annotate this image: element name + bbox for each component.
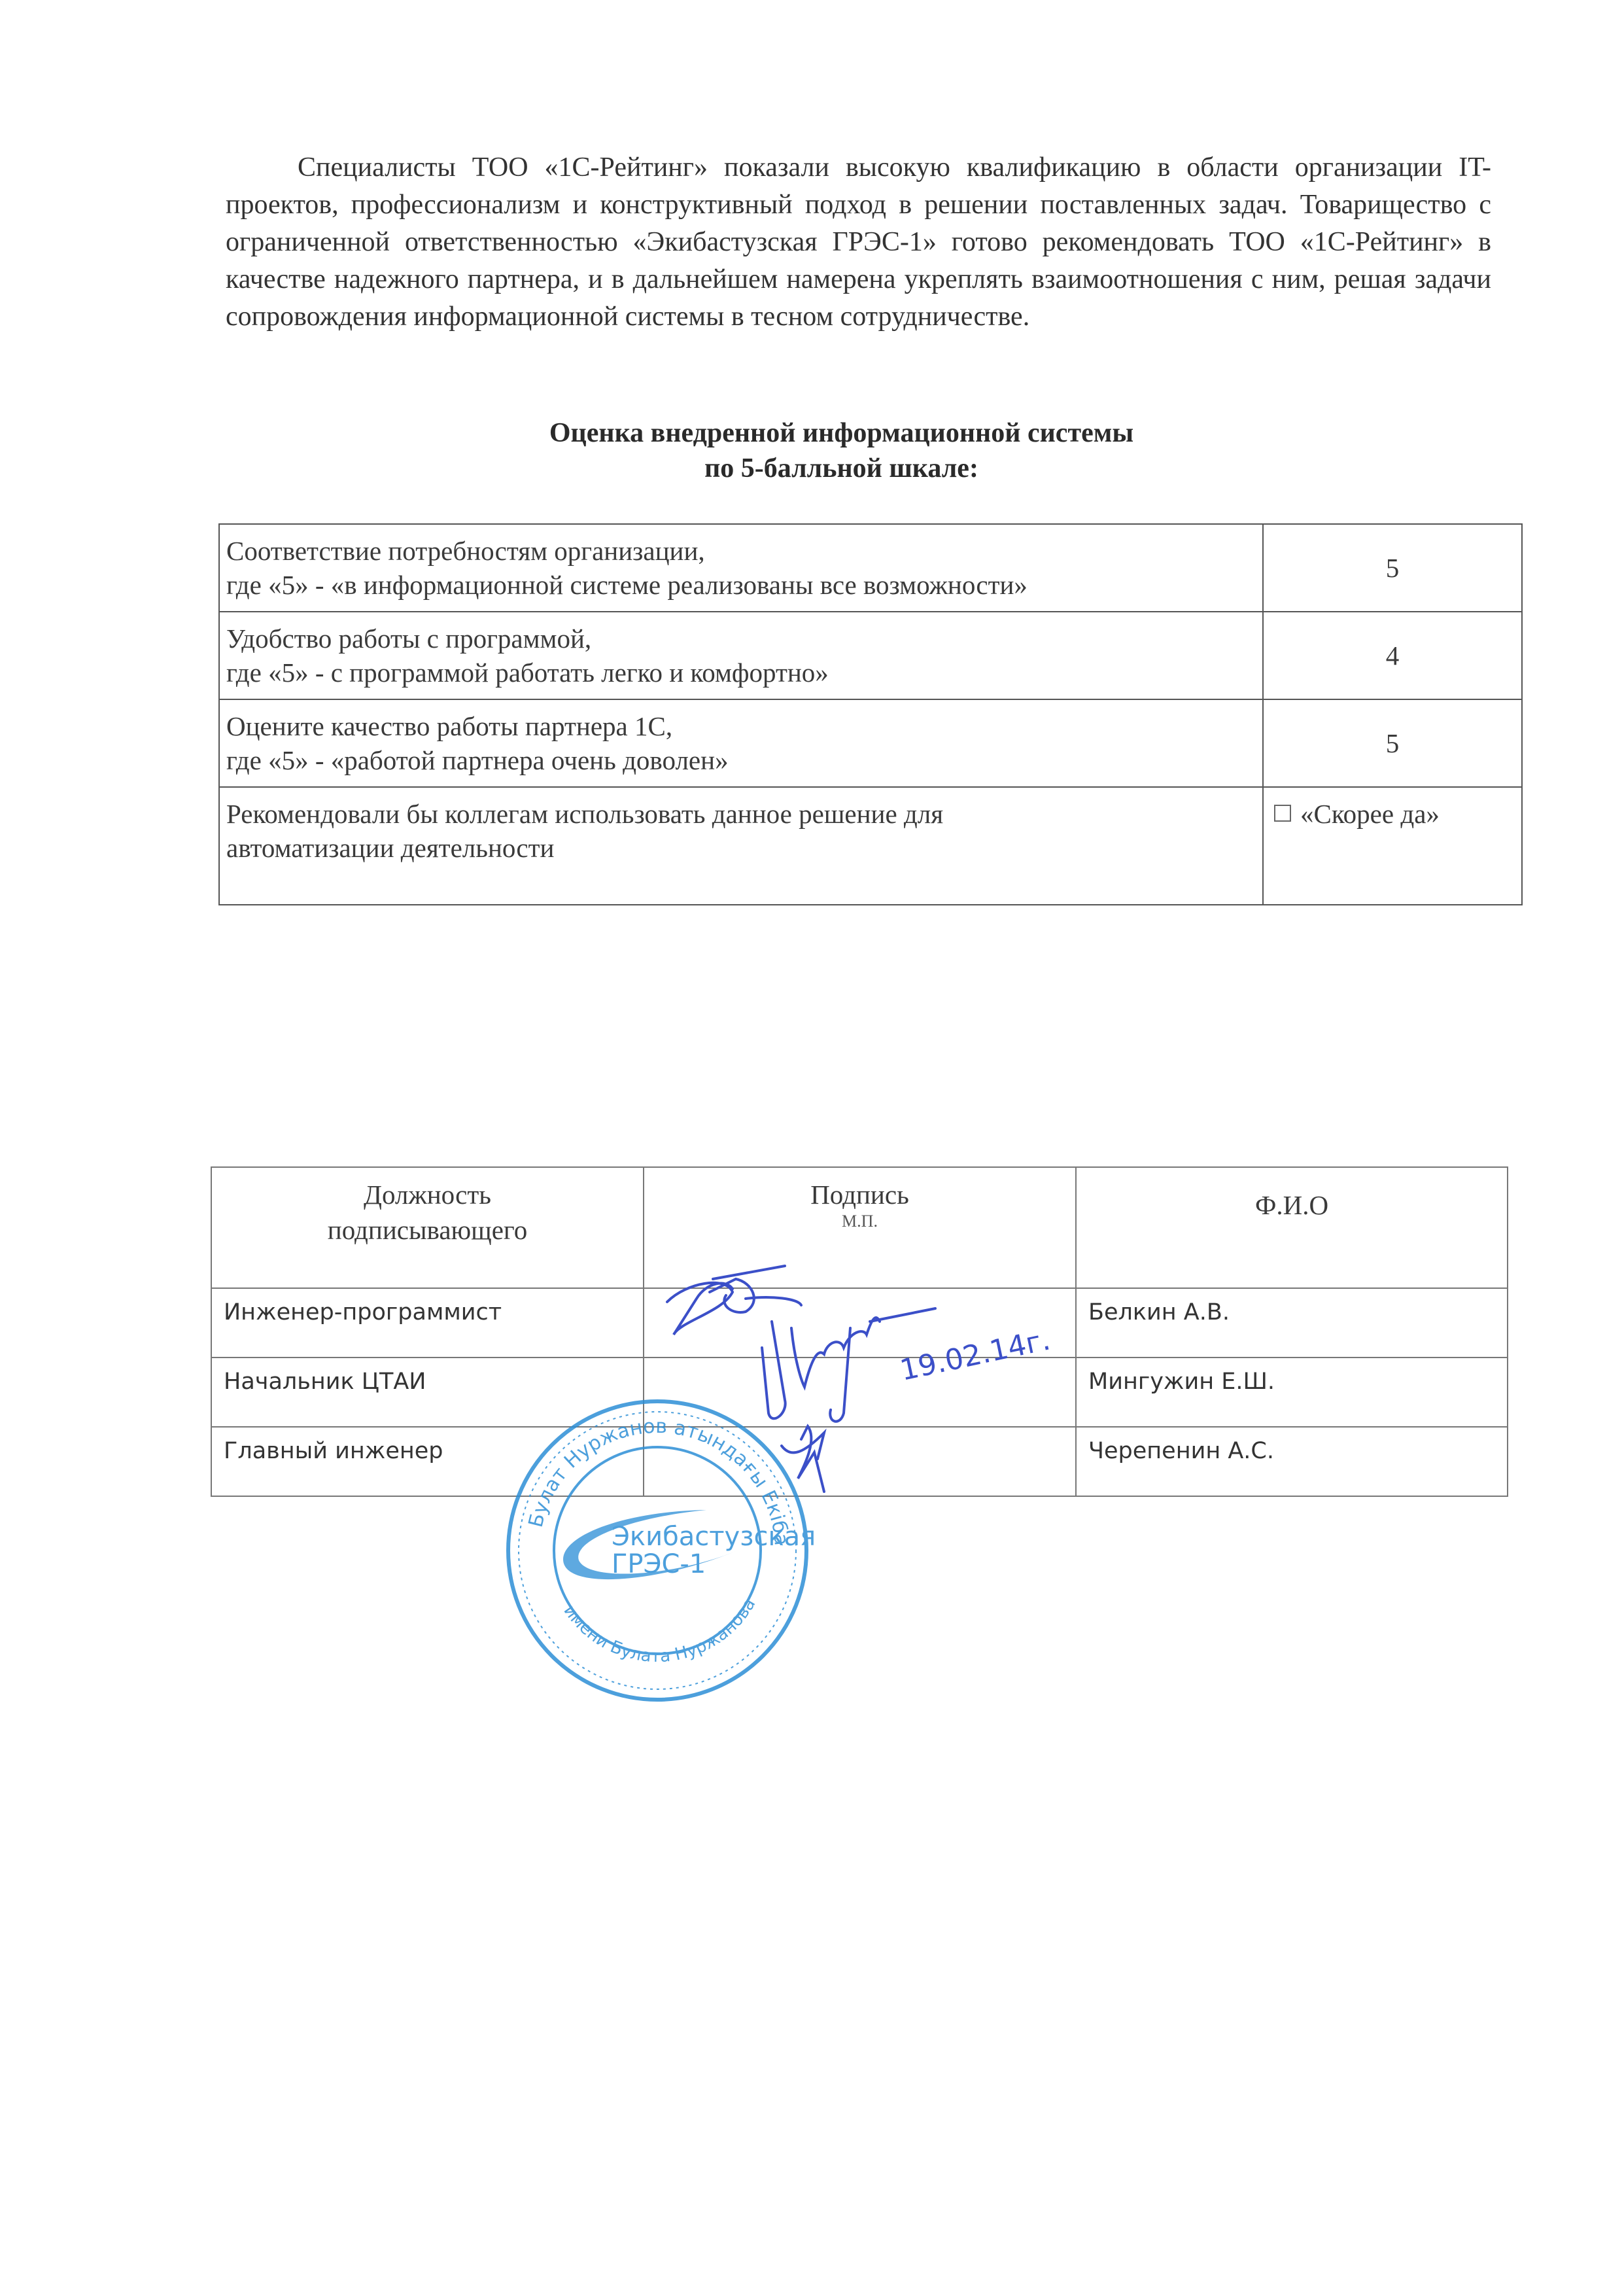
signer-name: Белкин А.В. [1076, 1288, 1508, 1358]
rating-title-line2: по 5-балльной шкале: [29, 451, 1624, 485]
criterion-cell: Оцените качество работы партнера 1С, где… [219, 699, 1263, 787]
signature-table: Должность подписывающего Подпись М.П. Ф.… [211, 1166, 1508, 1497]
signer-position: Начальник ЦТАИ [211, 1358, 644, 1427]
signature-cell [644, 1427, 1076, 1496]
criterion-description: где «5» - «в информационной системе реал… [226, 568, 1256, 602]
rating-row: Соответствие потребностям организации, г… [219, 524, 1522, 612]
signature-cell [644, 1288, 1076, 1358]
header-position: Должность подписывающего [211, 1167, 644, 1288]
stamp-bottom-ring-text: имени Булата Нуржанова [560, 1595, 760, 1666]
signer-name: Мингужин Е.Ш. [1076, 1358, 1508, 1427]
criterion-description: где «5» - с программой работать легко и … [226, 656, 1256, 690]
stamp-center-line2: ГРЭС-1 [612, 1549, 706, 1579]
rating-row: Рекомендовали бы коллегам использовать д… [219, 787, 1522, 905]
seal-and-signatures: Булат Нуржанов атындағы Екібастұз ГРЭС-1… [0, 0, 1624, 2295]
letter-paragraph: Специалисты ТОО «1С-Рейтинг» показали вы… [226, 149, 1491, 336]
signature-row: Инженер-программист Белкин А.В. [211, 1288, 1508, 1358]
criterion-cell: Удобство работы с программой, где «5» - … [219, 612, 1263, 699]
header-signature-label: Подпись [645, 1177, 1075, 1212]
criterion-cell: Соответствие потребностям организации, г… [219, 524, 1263, 612]
signature-row: Начальник ЦТАИ Мингужин Е.Ш. [211, 1358, 1508, 1427]
signer-position: Инженер-программист [211, 1288, 644, 1358]
criterion-description: где «5» - «работой партнера очень доволе… [226, 743, 1256, 777]
rating-row: Удобство работы с программой, где «5» - … [219, 612, 1522, 699]
signature-row: Главный инженер Черепенин А.С. [211, 1427, 1508, 1496]
answer-text: «Скорее да» [1300, 799, 1440, 829]
signer-name: Черепенин А.С. [1076, 1427, 1508, 1496]
criterion-title: Оцените качество работы партнера 1С, [226, 709, 1256, 743]
signature-cell [644, 1358, 1076, 1427]
score-cell: 4 [1263, 612, 1522, 699]
stamp-center-line1: Экибастузская [612, 1522, 816, 1552]
criterion-cell: Рекомендовали бы коллегам использовать д… [219, 787, 1263, 905]
rating-row: Оцените качество работы партнера 1С, где… [219, 699, 1522, 787]
header-seal-note: М.П. [645, 1212, 1075, 1231]
criterion-title: Рекомендовали бы коллегам использовать д… [226, 797, 1256, 831]
signer-position: Главный инженер [211, 1427, 644, 1496]
score-cell: 5 [1263, 524, 1522, 612]
rating-title-line1: Оценка внедренной информационной системы [29, 416, 1624, 450]
score-cell: 5 [1263, 699, 1522, 787]
criterion-title: Удобство работы с программой, [226, 622, 1256, 656]
rating-table: Соответствие потребностям организации, г… [218, 523, 1523, 905]
header-name: Ф.И.О [1076, 1167, 1508, 1288]
criterion-title: Соответствие потребностям организации, [226, 534, 1256, 568]
signature-header-row: Должность подписывающего Подпись М.П. Ф.… [211, 1167, 1508, 1288]
criterion-description: автоматизации деятельности [226, 831, 1256, 865]
header-position-line1: Должность [213, 1177, 642, 1212]
header-position-line2: подписывающего [213, 1212, 642, 1248]
header-signature: Подпись М.П. [644, 1167, 1076, 1288]
header-name-label: Ф.И.О [1077, 1187, 1506, 1223]
answer-cell: «Скорее да» [1263, 787, 1522, 905]
checkbox-icon[interactable] [1274, 805, 1291, 822]
